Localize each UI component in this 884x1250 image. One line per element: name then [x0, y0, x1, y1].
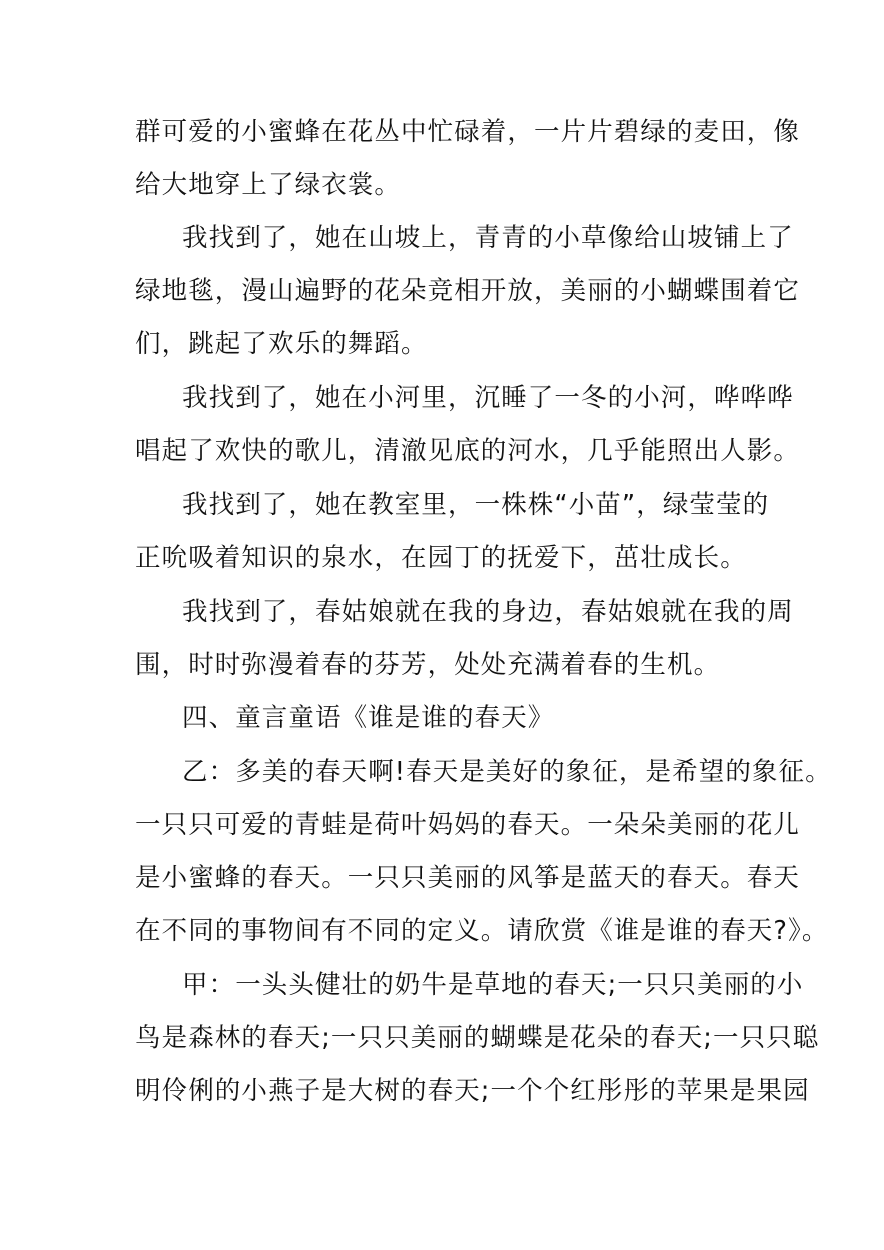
paragraph-line: 绿地毯，漫山遍野的花朵竞相开放，美丽的小蝴蝶围着它 — [135, 274, 775, 308]
paragraph-line: 是小蜜蜂的春天。一只只美丽的风筝是蓝天的春天。春天 — [135, 861, 775, 895]
section-heading: 四、童言童语《谁是谁的春天》 — [182, 701, 822, 735]
paragraph-line: 一只只可爱的青蛙是荷叶妈妈的春天。一朵朵美丽的花儿 — [135, 808, 775, 842]
paragraph-line: 我找到了，她在小河里，沉睡了一冬的小河，哗哗哗 — [182, 381, 822, 415]
paragraph-line: 鸟是森林的春天;一只只美丽的蝴蝶是花朵的春天;一只只聪 — [135, 1021, 775, 1055]
paragraph-line: 群可爱的小蜜蜂在花丛中忙碌着，一片片碧绿的麦田，像 — [135, 115, 775, 149]
paragraph-line: 在不同的事物间有不同的定义。请欣赏《谁是谁的春天?》。 — [135, 914, 775, 948]
paragraph-line: 唱起了欢快的歌儿，清澈见底的河水，几乎能照出人影。 — [135, 434, 775, 468]
paragraph-line: 我找到了，她在教室里，一株株“小苗”，绿莹莹的 — [182, 488, 822, 522]
document-page: 群可爱的小蜜蜂在花丛中忙碌着，一片片碧绿的麦田，像 给大地穿上了绿衣裳。 我找到… — [0, 0, 884, 1250]
paragraph-line: 我找到了，春姑娘就在我的身边，春姑娘就在我的周 — [182, 595, 822, 629]
paragraph-line: 们，跳起了欢乐的舞蹈。 — [135, 327, 775, 361]
paragraph-line: 围，时时弥漫着春的芬芳，处处充满着春的生机。 — [135, 648, 775, 682]
paragraph-line: 给大地穿上了绿衣裳。 — [135, 168, 775, 202]
paragraph-line: 明伶俐的小燕子是大树的春天;一个个红彤彤的苹果是果园 — [135, 1074, 775, 1108]
paragraph-line: 正吮吸着知识的泉水，在园丁的抚爱下，茁壮成长。 — [135, 541, 775, 575]
paragraph-line: 我找到了，她在山坡上，青青的小草像给山坡铺上了 — [182, 221, 822, 255]
paragraph-line: 乙：多美的春天啊!春天是美好的象征，是希望的象征。 — [182, 755, 822, 789]
paragraph-line: 甲：一头头健壮的奶牛是草地的春天;一只只美丽的小 — [182, 968, 822, 1002]
